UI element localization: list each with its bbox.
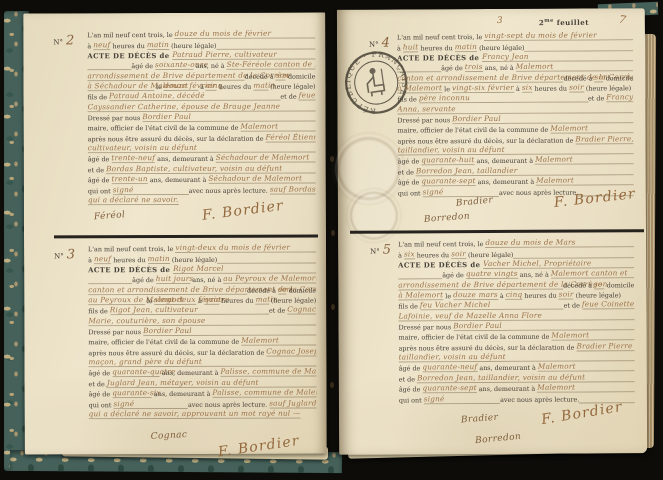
record-line: fils de père inconnuet de Francy bbox=[397, 92, 633, 104]
printed-text: âgé de bbox=[89, 390, 113, 398]
handwritten-text: Francy Jean bbox=[482, 52, 529, 62]
record-line: L'an mil neuf cent trois, le douze du mo… bbox=[87, 29, 315, 40]
record-line: et de Bordas Baptiste, cultivateur, vois… bbox=[88, 163, 316, 174]
printed-text: qui ont bbox=[399, 396, 424, 404]
printed-text: avec nous après lecture. bbox=[189, 186, 270, 194]
handwritten-text: sauf Bordas bbox=[270, 184, 316, 194]
handwritten-text: son bbox=[278, 284, 287, 294]
printed-text: et de bbox=[269, 307, 287, 315]
printed-text: maire, officier de l'état civil de la co… bbox=[399, 333, 552, 342]
record-line: Cayssandier Catherine, épouse de Brauge … bbox=[88, 101, 316, 112]
handwritten-text: Bradier Pierre, bbox=[575, 134, 628, 144]
handwritten-text: son bbox=[594, 279, 605, 289]
left-page-records: N°2L'an mil neuf cent trois, le douze du… bbox=[23, 12, 325, 13]
record-line: qui ont signéavec nous après lecture. sa… bbox=[88, 184, 316, 195]
handwritten-text: signé bbox=[424, 394, 445, 404]
printed-text: âgé de bbox=[399, 365, 423, 373]
handwritten-text: quatre vingts bbox=[466, 269, 518, 279]
form-rule bbox=[217, 259, 316, 263]
printed-text: ans, né à bbox=[190, 276, 223, 284]
printed-text: et de bbox=[88, 166, 106, 174]
record-line: âgé de huit jours ans, né à au Peyroux d… bbox=[88, 274, 316, 285]
record-divider-rule bbox=[54, 235, 318, 239]
handwritten-text: douze du mois de février bbox=[175, 29, 272, 39]
handwritten-text: Malemort bbox=[535, 155, 573, 165]
form-rule bbox=[311, 66, 315, 70]
death-record-5: N°5L'an mil neuf cent trois, le douze du… bbox=[368, 237, 635, 404]
printed-text: décédé à bbox=[245, 72, 276, 80]
printed-text: âgé de bbox=[88, 156, 112, 164]
printed-text: ans, né à bbox=[518, 271, 551, 279]
handwritten-text: Malemort bbox=[241, 336, 279, 346]
printed-text: et de bbox=[398, 168, 416, 176]
handwritten-text: quarante-neuf bbox=[422, 363, 477, 373]
handwritten-text: vingt-six février bbox=[452, 83, 514, 93]
register-left-page: N°2L'an mil neuf cent trois, le douze du… bbox=[23, 12, 327, 454]
signature: Bradier bbox=[455, 195, 493, 208]
record-line: ACTE DE DÉCÈS de Rigot Marcel bbox=[88, 263, 316, 274]
form-rule bbox=[629, 347, 635, 351]
handwritten-text: Cayssandier Catherine, épouse de Brauge … bbox=[88, 101, 281, 112]
handwritten-text: signé bbox=[423, 187, 444, 197]
record-line: après nous être assuré du décès, sur la … bbox=[397, 134, 633, 146]
printed-text: Dressé par nous bbox=[88, 114, 143, 122]
handwritten-text: matin bbox=[256, 295, 269, 305]
handwritten-text: six bbox=[522, 83, 533, 93]
printed-text: âgé de bbox=[399, 386, 423, 394]
printed-text: fils de bbox=[398, 303, 420, 311]
death-record-2: N°2L'an mil neuf cent trois, le douze du… bbox=[51, 29, 316, 206]
form-rule bbox=[312, 352, 317, 356]
printed-text: L'an mil neuf cent trois, le bbox=[88, 245, 175, 253]
printed-text: qui ont bbox=[398, 189, 423, 197]
printed-text: Dressé par nous bbox=[88, 328, 143, 336]
handwritten-text: matin bbox=[253, 81, 268, 91]
form-rule bbox=[574, 181, 634, 185]
printed-text: maire, officier de l'état civil de la co… bbox=[397, 126, 550, 135]
record-line: ACTE DE DÉCÈS de Patraud Pierre, cultiva… bbox=[87, 49, 315, 60]
record-line: taillandier, voisin au défunt bbox=[399, 351, 635, 363]
handwritten-text: père inconnu bbox=[419, 94, 470, 104]
handwritten-text: Borredon Jean, taillandier, voisin au dé… bbox=[417, 372, 585, 383]
printed-text: (heure légale) bbox=[477, 44, 524, 52]
binding-stitch bbox=[331, 230, 335, 236]
folio-header: 3 2me feuillet 7 bbox=[337, 13, 645, 29]
record-line: au Peyroux de Malemort le vingt-deux fév… bbox=[88, 294, 316, 305]
printed-text: âgé de bbox=[442, 272, 466, 280]
record-line: âgé de quarante-sept ans, demeurant à Ma… bbox=[399, 382, 635, 394]
printed-text: ACTE DE DÉCÈS de bbox=[88, 266, 173, 274]
record-line: âgé de trois ans, né à Malemort bbox=[397, 61, 633, 73]
handwritten-text: Patraud Pierre, cultivateur bbox=[172, 50, 277, 60]
printed-text: heures du bbox=[418, 44, 454, 52]
handwritten-text: canton et arrondissement de Brive départ… bbox=[397, 72, 563, 83]
handwritten-text: Cognac Joseph bbox=[266, 346, 311, 356]
record-line: âgé de soixante-onze ans, né à Ste-Féréo… bbox=[87, 60, 315, 71]
printed-text: le bbox=[443, 292, 453, 300]
record-line: ACTE DE DÉCÈS de Vacher Michel, Propriét… bbox=[398, 258, 634, 270]
record-line: cultivateur, voisin au défunt bbox=[88, 142, 316, 153]
handwritten-text: signé bbox=[113, 399, 134, 409]
printed-text: (heure légale) bbox=[269, 297, 316, 305]
handwritten-text: Féréol Étienne bbox=[266, 132, 311, 142]
record-line: Dressé par nous Bordier Paul bbox=[88, 111, 316, 122]
signature: F. Bordier bbox=[540, 399, 624, 428]
printed-text: ans, né à bbox=[483, 64, 516, 72]
form-rule bbox=[597, 37, 633, 41]
handwritten-text: Marie, couturière, son épouse bbox=[88, 316, 205, 326]
printed-text: et de bbox=[588, 95, 606, 103]
record-lines: L'an mil neuf cent trois, le vingt-deux … bbox=[88, 243, 317, 420]
handwritten-text: cinq bbox=[506, 290, 523, 300]
form-rule bbox=[309, 159, 315, 163]
record-number-value: 3 bbox=[67, 247, 75, 262]
handwritten-text: vingt-deux du mois de février bbox=[175, 243, 290, 253]
folio-hand-mark: 7 bbox=[618, 13, 627, 27]
handwritten-text: Malemort canton et bbox=[551, 269, 628, 279]
record-line: L'an mil neuf cent trois, le douze du mo… bbox=[398, 237, 634, 249]
record-line: L'an mil neuf cent trois, le vingt-deux … bbox=[88, 243, 316, 254]
folio-label-word: feuillet bbox=[557, 18, 589, 27]
printed-text: et de bbox=[564, 302, 582, 310]
printed-text: heures du bbox=[415, 251, 451, 259]
form-rule bbox=[628, 140, 633, 144]
handwritten-text: cinq bbox=[206, 81, 217, 91]
record-number-value: 4 bbox=[382, 36, 390, 51]
record-line: Marie, couturière, son épouse bbox=[88, 315, 316, 326]
printed-text: (heure légale) bbox=[574, 291, 621, 299]
handwritten-text: taillandier, voisin au défunt bbox=[398, 145, 505, 156]
register-right-page: 3 2me feuillet 7 RÉPUBLIQUE · FRANÇAISE … bbox=[337, 8, 647, 455]
printed-text: ans, demeurant à bbox=[148, 176, 209, 184]
record-line: après nous être assuré du décès, sur la … bbox=[399, 341, 635, 353]
handwritten-text: quatre bbox=[204, 295, 219, 305]
record-line: à six heures du soir (heure légale) bbox=[398, 248, 634, 260]
handwritten-text: Cognac bbox=[287, 305, 316, 315]
handwritten-text: soir bbox=[569, 83, 584, 93]
printed-text: et de bbox=[399, 375, 417, 383]
record-number: N°2 bbox=[53, 29, 74, 48]
signature: Bradier bbox=[461, 413, 499, 426]
printed-text: âgé de bbox=[441, 65, 465, 73]
printed-text: qui ont bbox=[89, 401, 114, 409]
printed-text: et de bbox=[280, 93, 298, 101]
handwritten-text: quarante-sept bbox=[421, 176, 475, 186]
printed-text: maire, officier de l'état civil de la co… bbox=[88, 124, 241, 133]
signature: Cognac bbox=[150, 430, 187, 442]
handwritten-text: qui a déclaré ne savoir. bbox=[88, 195, 179, 205]
printed-text: Dressé par nous bbox=[397, 116, 452, 124]
printed-text: qui ont bbox=[88, 187, 113, 195]
handwritten-text: quarante-huit bbox=[421, 156, 474, 166]
handwritten-text: Malemort bbox=[240, 122, 278, 132]
handwritten-text: huit bbox=[403, 42, 419, 52]
handwritten-text: Patraud Antoine, décédé bbox=[109, 91, 205, 101]
printed-text: âgé de bbox=[88, 370, 112, 378]
archival-scan: { "form": { "no_label": "N°" }, "book": … bbox=[0, 0, 663, 480]
printed-text: ans, demeurant à bbox=[477, 385, 538, 393]
record-lines: L'an mil neuf cent trois, le douze du mo… bbox=[398, 237, 635, 404]
printed-text: domicile bbox=[605, 281, 635, 289]
printed-text: âgé de bbox=[398, 179, 422, 187]
record-lines: L'an mil neuf cent trois, le douze du mo… bbox=[87, 29, 316, 206]
record-line: maire, officier de l'état civil de la co… bbox=[88, 336, 316, 347]
printed-text: ACTE DE DÉCÈS de bbox=[397, 54, 482, 62]
handwritten-text: cultivateur, voisin au défunt bbox=[88, 143, 197, 153]
handwritten-text: maçon, grand père du défunt bbox=[88, 357, 202, 367]
handwritten-text: soir bbox=[559, 290, 574, 300]
record-line: canton et arrondissement de Brive départ… bbox=[397, 72, 633, 84]
record-line: fils de Rigot Jean, cultivateuret de Cog… bbox=[88, 305, 316, 316]
printed-text: le bbox=[442, 85, 452, 93]
printed-text: ans, demeurant à bbox=[155, 155, 216, 163]
form-rule bbox=[575, 388, 635, 392]
record-line: Lafoinie, veuf de Mazelle Anna Flore bbox=[398, 310, 634, 322]
handwritten-text: vingt-sept du mois de février bbox=[484, 31, 597, 42]
record-line: maire, officier de l'état civil de la co… bbox=[399, 330, 635, 342]
printed-text: à bbox=[196, 297, 204, 305]
handwritten-text: taillandier, voisin au défunt bbox=[399, 352, 506, 363]
handwritten-text: neuf bbox=[93, 40, 110, 50]
handwritten-text: matin bbox=[455, 42, 477, 52]
record-line: ACTE DE DÉCÈS de Francy Jean bbox=[397, 51, 633, 63]
handwritten-text: Rigot Marcel bbox=[173, 264, 224, 274]
record-line: âgé de quarante-quatre ans, demeurant à … bbox=[88, 367, 316, 378]
form-rule bbox=[312, 373, 317, 377]
record-line: et de Borredon Jean, taillandier bbox=[398, 165, 634, 177]
record-line: à Malemort le vingt-six février à six he… bbox=[397, 82, 633, 94]
record-number-label: N° bbox=[53, 38, 63, 46]
record-line: à neuf heures du matin (heure légale) bbox=[88, 253, 316, 264]
printed-text: âgé de bbox=[132, 276, 156, 284]
printed-text: (heure légale) bbox=[466, 251, 513, 259]
record-line: maire, officier de l'état civil de la co… bbox=[88, 122, 316, 133]
record-line: à huit heures du matin (heure légale) bbox=[397, 41, 633, 53]
printed-text: décédé à bbox=[247, 286, 278, 294]
printed-text: heures du bbox=[110, 42, 146, 50]
handwritten-text: à Malemort bbox=[397, 83, 442, 93]
record-line: fils de feu Vacher Michelet de feue Coin… bbox=[398, 299, 634, 311]
record-line: Anna, servante bbox=[397, 103, 633, 115]
form-rule bbox=[576, 244, 634, 248]
handwritten-text: Bordas Baptiste, cultivateur, voisin au … bbox=[106, 163, 282, 174]
form-rule bbox=[445, 399, 501, 403]
handwritten-text: Juglard Jean, métayer, voisin au défunt bbox=[107, 378, 259, 389]
record-line: Dressé par nous Bordier Paul bbox=[398, 320, 634, 332]
form-rule bbox=[628, 275, 635, 279]
record-line: âgé de quarante-sept ans, demeurant à Ma… bbox=[398, 175, 634, 187]
handwritten-text: huit jours bbox=[156, 274, 190, 284]
record-number-label: N° bbox=[54, 252, 64, 260]
record-line: canton et arrondissement de Brive départ… bbox=[88, 284, 316, 295]
form-rule bbox=[290, 249, 316, 253]
death-record-3: N°3L'an mil neuf cent trois, le vingt-de… bbox=[52, 243, 317, 420]
handwritten-text: Malemort bbox=[551, 331, 589, 341]
printed-text: après nous être assuré du décès, sur la … bbox=[399, 343, 577, 352]
handwritten-text: Lafoinie, veuf de Mazelle Anna Flore bbox=[398, 310, 542, 321]
record-line: Dressé par nous Bordier Paul bbox=[397, 113, 633, 125]
handwritten-text: à Malemort bbox=[398, 290, 443, 300]
handwritten-text: neuf bbox=[94, 254, 111, 264]
form-rule bbox=[205, 321, 316, 325]
binding-stitch bbox=[330, 382, 334, 388]
record-line: arrondissement de Brive département de l… bbox=[398, 279, 634, 291]
handwritten-text: Malemort bbox=[538, 362, 576, 372]
printed-text: (heure légale) bbox=[169, 42, 216, 50]
handwritten-text: quarante-quatre bbox=[112, 368, 160, 378]
handwritten-text: sauf Juglard bbox=[269, 398, 316, 408]
printed-text: L'an mil neuf cent trois, le bbox=[87, 31, 174, 39]
record-line: qui ont signéavec nous après lecture. sa… bbox=[89, 398, 317, 409]
printed-text: décédé à bbox=[564, 74, 595, 82]
form-rule bbox=[542, 316, 635, 320]
handwritten-text: douze février bbox=[164, 81, 198, 91]
handwritten-text: soir bbox=[451, 249, 466, 259]
handwritten-text: son bbox=[276, 70, 286, 80]
printed-text: fils de bbox=[88, 308, 110, 316]
record-number: N°5 bbox=[370, 239, 391, 258]
handwritten-text: matin bbox=[147, 40, 169, 50]
printed-text: le bbox=[154, 83, 164, 91]
binding-stitch bbox=[330, 156, 334, 162]
handwritten-text: qui a déclaré ne savoir, approuvant un m… bbox=[89, 408, 301, 419]
printed-text: avec nous après lecture. bbox=[188, 400, 269, 408]
folio-label-sup: me bbox=[544, 18, 554, 24]
form-rule bbox=[524, 47, 633, 52]
handwritten-text: arrondissement de Brive département de l… bbox=[398, 279, 563, 290]
record-line: qui a déclaré ne savoir, approuvant un m… bbox=[89, 408, 317, 419]
record-line: et de Juglard Jean, métayer, voisin au d… bbox=[89, 377, 317, 388]
printed-text: Dressé par nous bbox=[398, 323, 453, 331]
record-line: âgé de trente-neuf ans, demeurant à Séch… bbox=[88, 153, 316, 164]
printed-text: domicile bbox=[286, 72, 316, 80]
handwritten-text: Palisse, commune de Malemort bbox=[220, 367, 312, 377]
printed-text: domicile bbox=[287, 286, 317, 294]
printed-text: maire, officier de l'état civil de la co… bbox=[88, 338, 241, 347]
handwritten-text: à Séchadour de Malemort bbox=[87, 81, 154, 91]
record-line: à neuf heures du matin (heure légale) bbox=[87, 39, 315, 50]
handwritten-text: soixante-onze bbox=[155, 60, 194, 70]
handwritten-text: quarante-sept bbox=[422, 383, 476, 393]
handwritten-text: canton et arrondissement de Brive départ… bbox=[88, 284, 247, 295]
handwritten-text: Séchadour de Malemort bbox=[208, 174, 302, 184]
form-rule bbox=[198, 311, 269, 315]
printed-text: ans, demeurant à bbox=[160, 369, 221, 377]
printed-text: (heure légale) bbox=[170, 256, 217, 264]
handwritten-text: feue bbox=[299, 91, 316, 101]
record-line: âgé de quarante-six ans, demeurant à Pal… bbox=[89, 387, 317, 398]
handwritten-text: trois bbox=[465, 62, 483, 72]
printed-text: ans, demeurant à bbox=[476, 178, 537, 186]
record-number: N°4 bbox=[369, 32, 390, 51]
folio-label: 2me feuillet bbox=[539, 17, 589, 27]
handwritten-text: Borredon Jean, taillandier bbox=[416, 166, 517, 177]
handwritten-text: arrondissement de Brive département de l… bbox=[87, 70, 244, 81]
record-line: Dressé par nous Bordier Paul bbox=[88, 325, 316, 336]
printed-text: fils de bbox=[397, 96, 419, 104]
handwritten-text: Malemort bbox=[516, 62, 554, 72]
record-line: à Séchadour de Malemort le douze février… bbox=[87, 80, 315, 91]
record-lines: L'an mil neuf cent trois, le vingt-sept … bbox=[397, 30, 634, 197]
handwritten-text: Bordier Paul bbox=[453, 321, 502, 331]
printed-text: heures du bbox=[533, 85, 569, 93]
record-line: âgé de quatre vingts ans, né à Malemort … bbox=[398, 268, 634, 280]
handwritten-text: Rigot Jean, cultivateur bbox=[110, 305, 198, 315]
handwritten-text: douze du mois de Mars bbox=[485, 238, 575, 248]
handwritten-text: six bbox=[404, 249, 415, 259]
handwritten-text: Anna, servante bbox=[397, 104, 455, 114]
handwritten-text: Séchadour de Malemort bbox=[216, 153, 310, 163]
binding-stitch bbox=[331, 304, 335, 310]
printed-text: et de bbox=[89, 380, 107, 388]
record-line: fils de Patraud Antoine, décédéet de feu… bbox=[88, 91, 316, 102]
handwritten-text: signé bbox=[113, 185, 134, 195]
printed-text: ans, demeurant à bbox=[474, 157, 535, 165]
form-rule bbox=[311, 280, 317, 284]
handwritten-text: quarante-six bbox=[112, 388, 152, 398]
handwritten-text: au Peyroux de Malemort bbox=[88, 295, 145, 305]
record-line: après nous être assuré du décès, sur la … bbox=[88, 346, 316, 357]
handwritten-text: douze mars bbox=[453, 290, 498, 300]
form-rule bbox=[585, 378, 635, 382]
printed-text: à bbox=[498, 292, 506, 300]
record-divider-rule bbox=[350, 229, 644, 233]
printed-text: âgé de bbox=[131, 62, 155, 70]
handwritten-text: Malemort bbox=[550, 124, 588, 134]
printed-text: (heure légale) bbox=[584, 84, 631, 92]
right-page-records: N°4L'an mil neuf cent trois, le vingt-se… bbox=[337, 8, 645, 10]
printed-text: heures du bbox=[217, 83, 253, 91]
printed-text: heures du bbox=[522, 292, 558, 300]
printed-text: fils de bbox=[88, 94, 110, 102]
form-rule bbox=[470, 99, 588, 104]
printed-text: heures du bbox=[111, 256, 147, 264]
form-rule bbox=[280, 107, 315, 111]
printed-text: L'an mil neuf cent trois, le bbox=[397, 33, 484, 41]
printed-text: (heure légale) bbox=[268, 83, 315, 91]
handwritten-text: son bbox=[595, 72, 604, 82]
handwritten-text: feue Coinette bbox=[582, 300, 635, 310]
handwritten-text: Bordier Paul bbox=[452, 114, 501, 124]
handwritten-text: Malemort bbox=[537, 383, 575, 393]
death-record-4: N°4L'an mil neuf cent trois, le vingt-se… bbox=[367, 30, 634, 197]
printed-text: ans, né à bbox=[194, 62, 227, 70]
record-number-value: 2 bbox=[66, 33, 74, 48]
handwritten-text: Malemort bbox=[536, 176, 574, 186]
record-line: âgé de trente-un ans, demeurant à Séchad… bbox=[88, 173, 316, 184]
handwritten-text: Vacher Michel, Propriétaire bbox=[483, 259, 591, 270]
signature: Féréol bbox=[94, 210, 126, 222]
printed-text: après nous être assuré du décès, sur la … bbox=[88, 134, 266, 143]
record-line: L'an mil neuf cent trois, le vingt-sept … bbox=[397, 30, 633, 42]
handwritten-text: trente-un bbox=[111, 174, 147, 184]
handwritten-text: Bordier Paul bbox=[142, 112, 191, 122]
handwritten-text: trente-neuf bbox=[111, 154, 155, 164]
printed-text: ans, demeurant à bbox=[152, 390, 213, 398]
record-number-value: 5 bbox=[383, 243, 391, 258]
record-number: N°3 bbox=[54, 243, 75, 262]
handwritten-text: Ste-Féréole canton de Bugeac bbox=[227, 60, 311, 70]
handwritten-text: Bradier Pierre bbox=[576, 341, 629, 351]
record-line: âgé de quarante-huit ans, demeurant à Ma… bbox=[398, 154, 634, 166]
form-rule bbox=[573, 161, 634, 165]
signature: Borredon bbox=[475, 432, 522, 446]
printed-text: à bbox=[198, 83, 206, 91]
printed-text: heures du bbox=[219, 297, 255, 305]
printed-text: après nous être assuré du décès, sur la … bbox=[88, 348, 266, 357]
signature: Borredon bbox=[424, 212, 471, 225]
record-number-label: N° bbox=[370, 248, 380, 256]
